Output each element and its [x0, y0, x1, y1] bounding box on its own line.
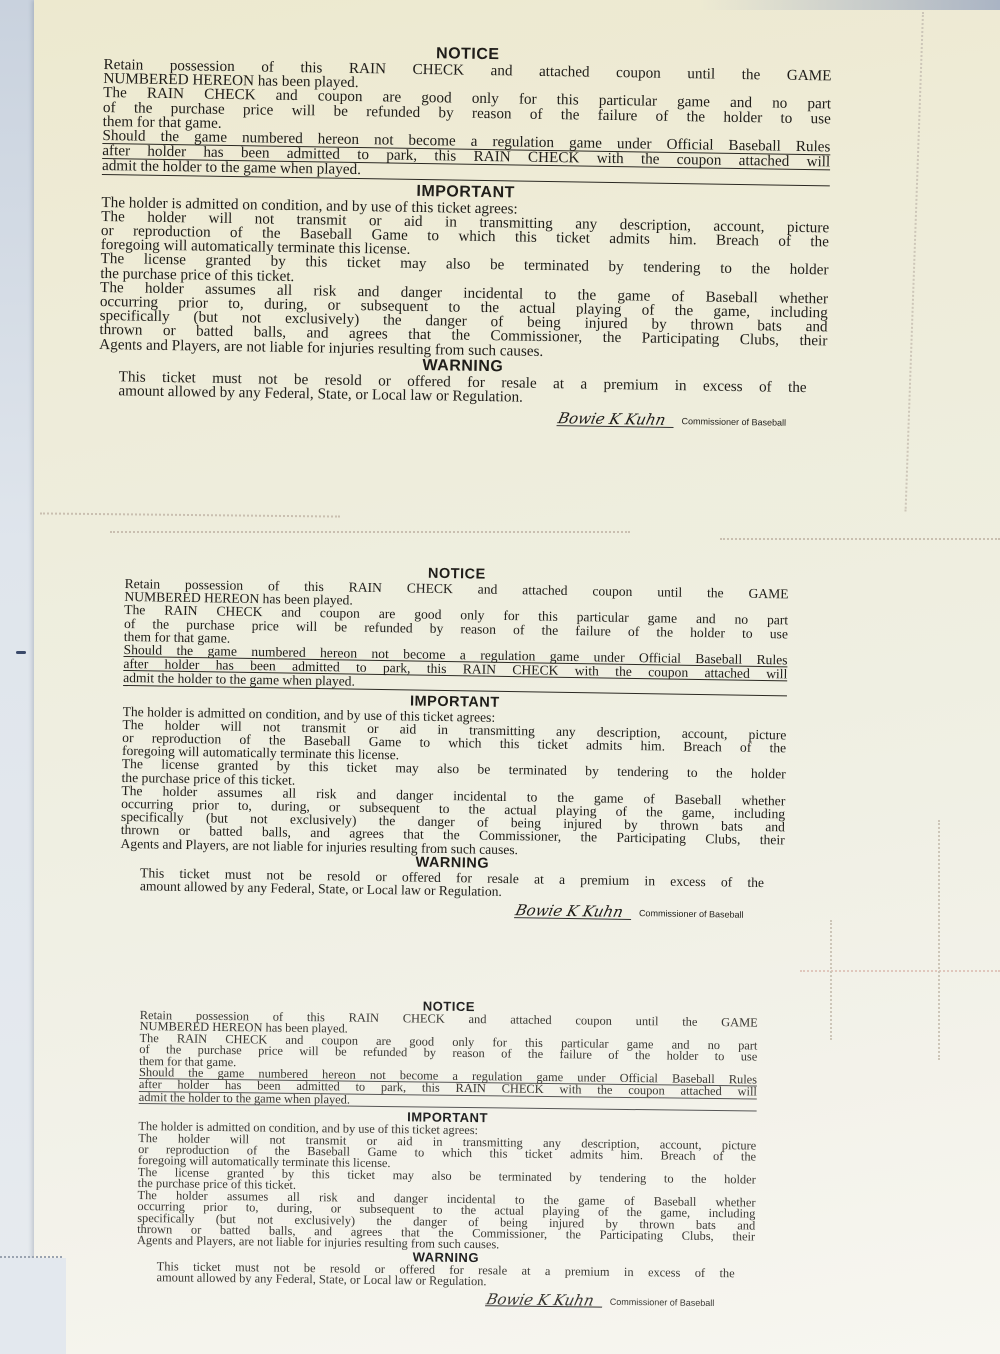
sheet-shadow	[700, 0, 1000, 10]
signature-title: Commissioner of Baseball	[681, 414, 786, 430]
important-text-block: The holder is admitted on condition, and…	[120, 705, 786, 861]
important-text-block: The holder is admitted on condition, and…	[137, 1121, 756, 1254]
rain-check-ticket: NOTICERetain possession of this RAIN CHE…	[136, 996, 758, 1309]
perforation-line	[0, 1256, 62, 1258]
signature-scrawl: Bowie K Kuhn	[557, 411, 678, 428]
signature-title: Commissioner of Baseball	[639, 907, 744, 922]
signature-title: Commissioner of Baseball	[610, 1296, 715, 1309]
warning-text-block: This ticket must not be resold or offere…	[136, 1261, 754, 1291]
rain-check-ticket: NOTICERetain possession of this RAIN CHE…	[98, 40, 832, 431]
rain-check-clause-block: Should the game numbered hereon not beco…	[139, 1067, 757, 1112]
perforation-line	[720, 538, 1000, 540]
signature-scrawl: Bowie K Kuhn	[485, 1294, 605, 1308]
rain-check-clause-block: Should the game numbered hereon not beco…	[102, 129, 831, 186]
important-text-block: The holder is admitted on condition, and…	[99, 196, 829, 364]
perforation-line	[938, 820, 940, 1060]
signature-scrawl: Bowie K Kuhn	[514, 904, 634, 920]
background-mark	[16, 651, 26, 654]
notice-text-block: Retain possession of this RAIN CHECK and…	[139, 1010, 758, 1075]
notice-text-block: Retain possession of this RAIN CHECK and…	[124, 577, 789, 653]
perforation-line	[830, 920, 832, 1040]
rain-check-ticket: NOTICERetain possession of this RAIN CHE…	[119, 561, 788, 923]
perforation-line	[110, 531, 630, 533]
rain-check-clause-block: Should the game numbered hereon not beco…	[123, 643, 788, 696]
background-surface	[0, 1258, 66, 1354]
